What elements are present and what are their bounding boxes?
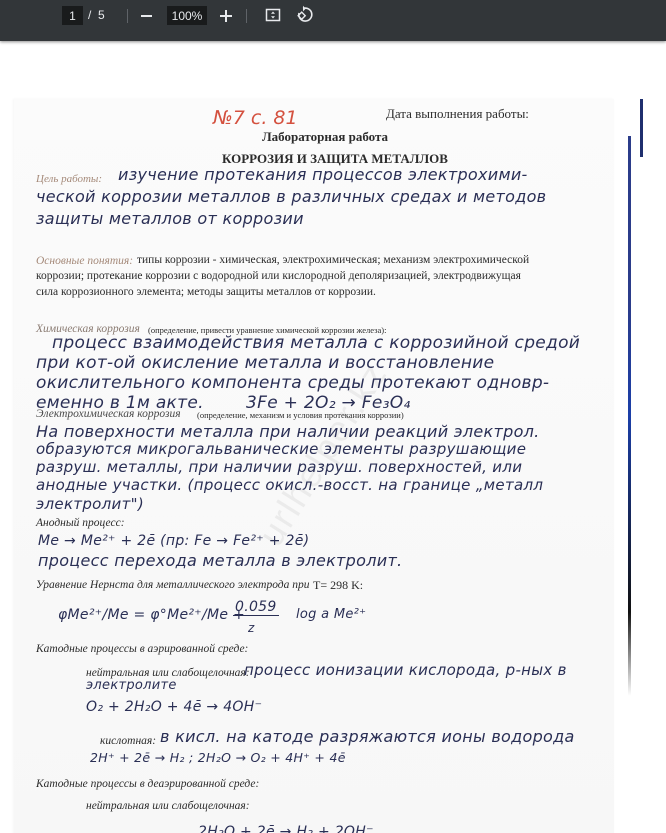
fit-to-page-button[interactable]: [265, 7, 281, 23]
cathodic-deaerated-neutral-label: нейтральная или слабощелочная:: [86, 800, 250, 812]
electrochemical-corrosion-hint: (определение, механизм и условия протека…: [197, 410, 404, 420]
zoom-level-input[interactable]: [167, 6, 207, 25]
toolbar-divider: [246, 9, 247, 23]
page-number-input[interactable]: [62, 6, 83, 25]
chemical-corrosion-line: процесс взаимодействия металла с коррози…: [52, 333, 580, 353]
electrochemical-corrosion-line: разруш. металлы, при наличии разруш. пов…: [36, 458, 522, 476]
date-label: Дата выполнения работы:: [386, 106, 529, 122]
electrochemical-corrosion-line: электролит"): [36, 495, 144, 513]
electrochemical-corrosion-line: образуются микрогальванические элементы …: [36, 440, 526, 458]
cathodic-aerated-neutral-text: процесс ионизации кислорода, р-ных в: [244, 661, 567, 679]
cathodic-aerated-acid-label: кислотная:: [100, 735, 156, 747]
nernst-equation-rhs: log a Me²⁺: [296, 607, 366, 622]
handwritten-number: №7 с. 81: [213, 107, 298, 129]
nernst-equation-lhs: φMe²⁺/Me = φ°Me²⁺/Me +: [58, 607, 245, 623]
basic-concepts-line: сила коррозионного элемента; методы защи…: [36, 286, 376, 298]
cathodic-deaerated-equation: 2H₂O + 2ē → H₂ + 2OH⁻: [198, 824, 374, 833]
fit-to-page-icon: [265, 7, 281, 23]
electrochemical-corrosion-line: анодные участки. (процесс окисл.-восст. …: [36, 476, 543, 494]
nernst-fraction-denominator: z: [248, 621, 255, 635]
cathodic-aerated-neutral-text: электролите: [86, 678, 177, 693]
rotate-counterclockwise-icon: [296, 5, 314, 24]
goal-line: изучение протекания процессов электрохим…: [118, 165, 528, 184]
cathodic-aerated-acid-text: в кисл. на катоде разряжаются ионы водор…: [160, 727, 575, 746]
basic-concepts-line: типы коррозии - химическая, электрохимич…: [137, 254, 529, 266]
total-pages: 5: [98, 8, 105, 22]
electrochemical-corrosion-label: Электрохимическая коррозия: [36, 408, 181, 420]
chemical-corrosion-line: окислительного компонента среды протекаю…: [36, 373, 549, 393]
goal-label: Цель работы:: [36, 173, 102, 185]
toolbar-divider: [127, 9, 128, 23]
goal-line: защиты металлов от коррозии: [36, 209, 304, 228]
zoom-out-button[interactable]: [139, 4, 155, 26]
anodic-process-label: Анодный процесс:: [36, 517, 125, 529]
rotate-button[interactable]: [296, 5, 314, 24]
basic-concepts-label: Основные понятия:: [36, 255, 133, 267]
anodic-process-equation: Me → Me²⁺ + 2ē (пр: Fe → Fe²⁺ + 2ē): [38, 533, 309, 549]
basic-concepts-line: коррозии; протекание коррозии с водородн…: [36, 270, 521, 282]
scan-edge: [640, 99, 643, 157]
lab-title: Лабораторная работа: [262, 129, 388, 145]
nernst-label: Уравнение Нернста для металлического эле…: [36, 579, 309, 591]
goal-line: ческой коррозии металлов в различных сре…: [36, 187, 546, 206]
pdf-toolbar: / 5: [0, 0, 666, 41]
cathodic-deaerated-label: Катодные процессы в деаэрированной среде…: [36, 778, 259, 790]
chemical-corrosion-line: при кот-ой окисление металла и восстанов…: [36, 353, 494, 373]
pdf-page: urlhelper.kz №7 с. 81 Дата выполнения ра…: [0, 41, 666, 833]
scan-edge: [628, 136, 631, 696]
zoom-in-button[interactable]: [218, 4, 234, 26]
page-separator: /: [88, 8, 91, 22]
nernst-temperature: T= 298 K:: [313, 578, 363, 593]
electrochemical-corrosion-line: На поверхности металла при наличии реакц…: [36, 422, 540, 441]
anodic-process-note: процесс перехода металла в электролит.: [38, 551, 402, 570]
nernst-fraction-numerator: 0.059: [233, 599, 279, 616]
cathodic-aerated-label: Катодные процессы в аэрированной среде:: [36, 643, 248, 655]
cathodic-aerated-neutral-equation: O₂ + 2H₂O + 4ē → 4OH⁻: [86, 699, 262, 715]
cathodic-aerated-acid-equation: 2H⁺ + 2ē → H₂ ; 2H₂O → O₂ + 4H⁺ + 4ē: [90, 750, 346, 765]
